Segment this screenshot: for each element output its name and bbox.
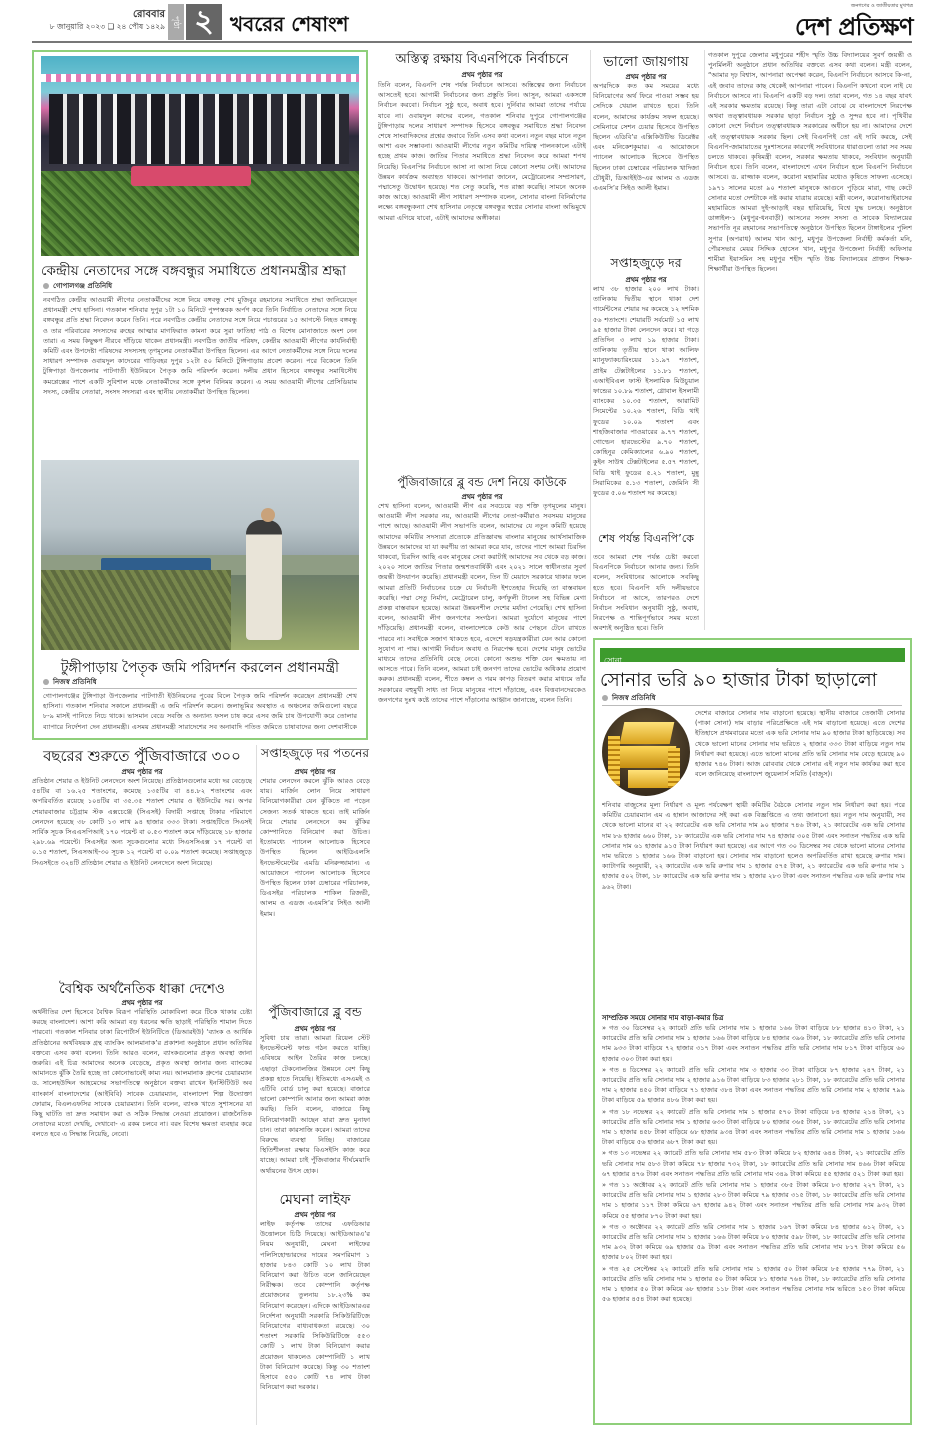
headline-saptahjure-dar: সপ্তাহজুড়ে দর [593,255,699,275]
gold-intro: দেশের বাজারে সোনার দাম বাড়ানো হয়েছে। স… [695,708,905,800]
bullet-icon [43,679,49,685]
byline-text: গোপালগঞ্জ প্রতিনিধি [53,282,112,290]
body-boishwik: অর্থনীতির দেশ হিসেবে বৈশ্বিক বিরূপ পরিস্… [32,1007,252,1425]
gold-history-item: » গত ৪ ডিসেম্বর ২২ ক্যারেট প্রতি ভরি সোন… [602,1065,905,1106]
body-tungipara: গোপালগঞ্জের টুঙ্গিপাড়া উপজেলার পাটগাতী … [43,691,357,733]
body-bnp-election: তিনি বলেন, বিএনপি শেষ পর্যন্ত নির্বাচনে … [378,80,586,470]
gold-history-list: » গত ৩০ ডিসেম্বর ২২ ক্যারেট প্রতি ভরি সো… [602,1023,905,1419]
page-number-box: ২ [186,4,222,40]
gold-tag: সোনা [600,648,905,662]
byline-text: নিজস্ব প্রতিনিধি [612,694,656,702]
body-shraddha: নবগঠিত কেন্দ্রীয় আওয়ামী লীগের নেতাকর্ম… [43,295,357,457]
byline-tungipara: নিজস্ব প্রতিনিধি [43,676,97,688]
headline-bnp-election: অস্তিত্ব রক্ষায় বিএনপিকে নির্বাচনে [378,50,586,71]
body-right-column: গতকাল দুপুরে জেলার মধুপুরের শহীদ স্মৃতি … [708,50,912,630]
date-label: ৮ জানুয়ারি ২০২৩ ❑ ২৪ পৌষ ১৪২৯ [50,22,165,34]
body-saptahjure-poton: শেয়ার লেনদেন করলে ঝুঁকি আরও বেড়ে যায়।… [260,776,370,1001]
header-rule [32,41,912,43]
bullet-icon [43,283,49,289]
gold-history-item: » গত ১৮ নভেম্বর ২২ ক্যারেট প্রতি ভরি সোন… [602,1107,905,1148]
masthead-logo: দেশ প্রতিক্ষণ [795,9,913,49]
column-separator [256,745,257,1425]
byline-text: নিজস্ব প্রতিনিধি [53,678,97,686]
body-bhalo-jaygay: অপরদিকে কত কম সময়ের মধ্যে বিনিয়োগের অর… [593,81,699,251]
page-word-box: পৃষ্ঠা [168,4,184,40]
photo-shraddha [41,56,359,256]
photo-tungipara [41,460,359,650]
gold-history-item: » গত ৩ অক্টোবর ২২ ক্যারেট প্রতি ভরি সোনা… [602,1222,905,1263]
column-separator [590,50,591,630]
byline-shraddha: গোপালগঞ্জ প্রতিনিধি [43,280,112,292]
headline-shesh-porjonto: শেষ পর্যন্ত বিএনপি’কে [593,530,699,549]
gold-bars-image [602,708,690,796]
divider [602,705,902,706]
body-blue-bond-country: শেখ হাসিনা বলেন, আওয়ামী লীগ এর সবচেয়ে … [378,501,586,1425]
byline-gold: নিজস্ব প্রতিনিধি [602,692,656,704]
body-bochorer-shurute: প্রতিষ্ঠান শেয়ার ও ইউনিট লেনদেনে অংশ নি… [32,776,252,976]
headline-saptahjure-poton: সপ্তাহজুড়ে দর পতনের [260,745,370,765]
headline-blue-bond: পুঁজিবাজারে ব্লু বন্ড [260,1004,370,1024]
gold-history-item: » গত ১৩ নভেম্বর ২২ ক্যারেট প্রতি ভরি সোন… [602,1148,905,1179]
gold-history-item: » গত ২৫ সেপ্টেম্বর ২২ ক্যারেট প্রতি ভরি … [602,1264,905,1305]
gold-history-item: » গত ১১ অক্টোবর ২২ ক্যারেট প্রতি ভরি সোন… [602,1180,905,1221]
bullet-icon [602,695,608,701]
body-meghna-life: লাইফ কর্তৃপক্ষ তাদের এফডিআর উত্তোলনে চিঠ… [260,1219,370,1425]
divider [43,292,357,293]
column-separator [704,50,705,630]
body-shesh-porjonto: তবে আমরা শেষ পর্যন্ত চেষ্টা করবো বিএনপিক… [593,552,699,632]
gold-tag-label: সোনা [600,656,622,665]
page-header: রোববার ৮ জানুয়ারি ২০২৩ ❑ ২৪ পৌষ ১৪২৯ পৃ… [0,0,945,40]
divider [43,688,357,689]
gold-history-item: » গত ৩০ ডিসেম্বর ২২ ক্যারেট প্রতি ভরি সো… [602,1023,905,1064]
body-saptahjure-dar: লাখ ৩৮ হাজার ২০০ লাখ টাকা। তালিকায় দ্বি… [593,284,699,526]
gold-body: শনিবার বাজুসের মূল্য নির্ধারণ ও মূল্য পর… [602,800,905,1010]
section-title: খবরের শেষাংশ [230,10,349,43]
body-blue-bond: সুবিধা চায় তারা। আমরা রিয়েল স্টেট ইনভে… [260,1033,370,1183]
